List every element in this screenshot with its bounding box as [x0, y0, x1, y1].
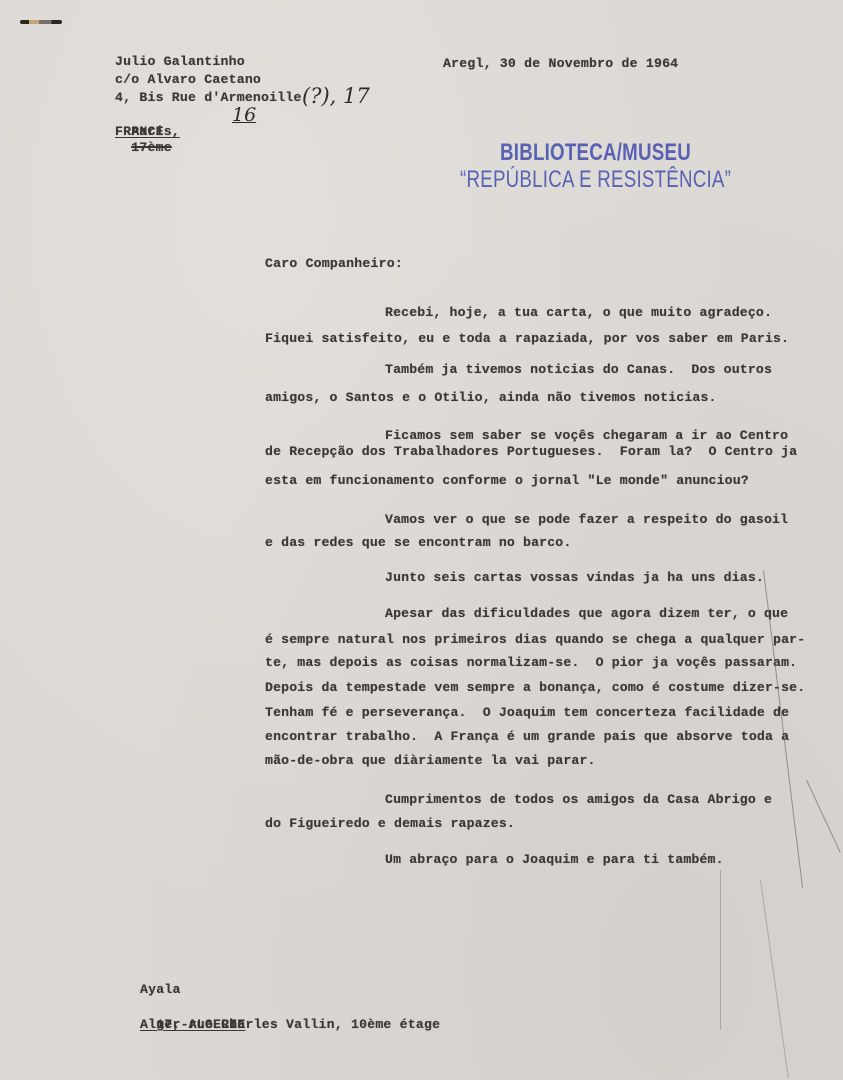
- body-line: encontrar trabalho. A França é um grande…: [265, 729, 789, 744]
- body-line: Fiquei satisfeito, eu e toda a rapaziada…: [265, 331, 789, 346]
- body-line: do Figueiredo e demais rapazes.: [265, 816, 515, 831]
- body-line: te, mas depois as coisas normalizam-se. …: [265, 655, 797, 670]
- body-line: Ficamos sem saber se voçês chegaram a ir…: [385, 428, 788, 443]
- body-line: Também ja tivemos noticias do Canas. Dos…: [385, 362, 772, 377]
- body-line: Vamos ver o que se pode fazer a respeito…: [385, 512, 788, 527]
- body-line: e das redes que se encontram no barco.: [265, 535, 571, 550]
- handwritten-arrondissement: 16: [232, 104, 256, 126]
- sender-city-struck: 17ème: [131, 140, 172, 155]
- body-line: esta em funcionamento conforme o jornal …: [265, 473, 749, 488]
- library-stamp-line2: “REPÚBLICA E RESISTÊNCIA”: [460, 166, 731, 194]
- body-line: Tenham fé e perseverança. O Joaquim tem …: [265, 705, 789, 720]
- body-line: é sempre natural nos primeiros dias quan…: [265, 632, 805, 647]
- sender-care-of: c/o Alvaro Caetano: [115, 72, 261, 88]
- body-line: Cumprimentos de todos os amigos da Casa …: [385, 792, 772, 807]
- library-stamp-line1: BIBLIOTECA/MUSEU: [500, 139, 691, 167]
- recipient-city-country: Alger-ALGERIE: [140, 1017, 245, 1033]
- body-line: de Recepção dos Trabalhadores Portuguese…: [265, 444, 797, 459]
- recipient-name: Ayala: [140, 982, 181, 998]
- body-line: Apesar das dificuldades que agora dizem …: [385, 606, 788, 621]
- body-line: Junto seis cartas vossas vindas ja ha un…: [385, 570, 764, 585]
- body-line: Recebi, hoje, a tua carta, o que muito a…: [385, 305, 772, 320]
- body-line: Depois da tempestade vem sempre a bonanç…: [265, 680, 805, 695]
- body-line: amigos, o Santos e o Otilio, ainda não t…: [265, 390, 717, 405]
- closing-line: Um abraço para o Joaquim e para ti també…: [385, 852, 724, 867]
- body-line: mão-de-obra que diàriamente la vai parar…: [265, 753, 596, 768]
- sender-country: FRANCE: [115, 124, 164, 140]
- salutation: Caro Companheiro:: [265, 256, 403, 272]
- place-date: Aregl, 30 de Novembro de 1964: [443, 56, 678, 72]
- handwritten-street-note: (?), 17: [302, 84, 370, 108]
- pencil-mark: [720, 870, 721, 1030]
- sender-name: Julio Galantinho: [115, 54, 245, 70]
- sender-street: 4, Bis Rue d'Armenoille: [115, 90, 302, 106]
- staple-mark: [20, 20, 62, 24]
